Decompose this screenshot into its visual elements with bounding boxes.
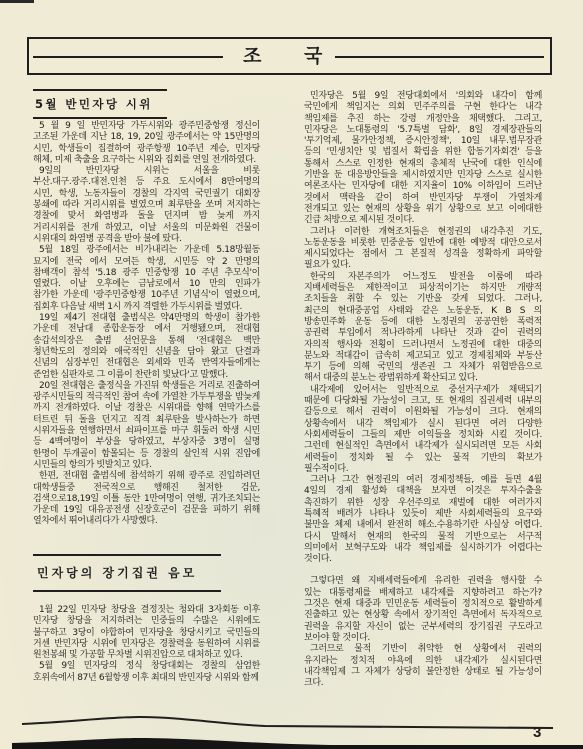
text-line: 가운데 19일 대유공전생 신장호군이 검문을 피하기 위해	[33, 505, 260, 516]
text-line: 사회세력들이 그들의 제반 이익들을 정치화 시킬 것이다.	[304, 430, 542, 441]
text-line: 있는 대통령제를 배제하고 내각제를 지향하려고 하는가?	[304, 588, 542, 599]
section-heading-long-term-rule: 민자당의 장기집권 음모	[33, 554, 221, 592]
text-line: 전개되고 있는 현재의 상황을 위기 상황으로 보고 이에대한	[304, 204, 542, 215]
text-line: 참배객이 참석 '5.18 광주 민중항쟁 10 주년 추모식'이	[33, 268, 260, 279]
text-line: 책임제를 추진 하는 강령 개정안을 채택했다. 그리고,	[304, 114, 542, 125]
text-line: 그것은 현재 대중과 민민운동 세력들이 정치적으로 활발하게	[304, 599, 542, 610]
text-line: 분노와 적대감이 급속히 제고되고 있고 경제침체와 부동산	[304, 351, 542, 362]
text-line: 거센 반민자당 시위에 민자당은 경찰력을 동원하여 시위를	[33, 639, 260, 650]
text-line: 그렇다면 왜 지배세력들에게 유리한 권력을 행사할 수	[304, 576, 542, 587]
text-line: 민자당 창당을 저지하려는 민중들의 수많은 시위에도	[33, 616, 260, 627]
text-line: 5월 18일 광주에서는 비가내리는 가운데 5.18망월동	[33, 245, 260, 256]
text-line: 시민, 학생들이 집결하여 광주항쟁 10주년 계승, 민자당	[33, 144, 260, 155]
masthead-title: 조 국	[243, 44, 340, 68]
text-line: 특혜적 배려가 나타나 있듯이 제반 사회세력들의 요구와	[304, 509, 542, 520]
footer-decoration	[0, 700, 583, 749]
text-line: 자의적 행사와 전횡이 드러나면서 노정권에 대한 대중의	[304, 340, 542, 351]
article-body-right: 민자당은 5월 9일 전당대회에서 '의회와 내각이 함께국민에게 책임지는 의…	[304, 91, 542, 689]
text-line: 긴급 처방으로 제시된 것이다.	[304, 215, 542, 226]
text-line: 것이다.	[304, 554, 542, 565]
text-line: 신념의 심장부인 전대협은 외세와 민족 반역자들에게는	[33, 358, 260, 369]
section-heading-may-protest: 5월 반민자당 시위	[33, 89, 167, 119]
paragraph: 민자당은 5월 9일 전당대회에서 '의회와 내각이 함께국민에게 책임지는 의…	[304, 91, 542, 227]
text-line: 내각제에 있어서는 일반적으로 중선거구제가 채택되기	[304, 385, 542, 396]
text-line: 검색으로18,19일 이틀 동안 1만여명이 연행, 귀가조치되는	[33, 494, 260, 505]
text-line: 까지 전개하였다. 이날 경찰은 시위대를 향해 연막가스를	[33, 403, 260, 414]
paragraph: 그러므로 물적 기반이 취약한 현 상황에서 권력의유지라는 정치적 야욕에 의…	[304, 644, 542, 689]
footer-rule	[22, 717, 553, 728]
text-line: 필수적이다.	[304, 464, 542, 475]
text-line: 집회후 다음날 새벽 1시 까지 격렬한 가두시위를 벌였다.	[33, 302, 260, 313]
masthead-rule-left	[33, 56, 223, 58]
text-line: 터트린 뒤 돌을 던지고 직격 최루탄을 발사하는가 하면	[33, 415, 260, 426]
text-line: 송갑석의장은 출범 선언문을 통해 '전대협은 백만	[33, 336, 260, 347]
text-line: 필요가 있다.	[304, 260, 542, 271]
text-line: 불구하고 3당이 야합하여 민자당을 창당시키고 국민들의	[33, 628, 260, 639]
text-line: 그러나 이러한 개혁조치들은 현정권의 내각추진 기도,	[304, 227, 542, 238]
text-line: 다시 말해서 현재의 한국의 물적 기반으로는 서구적	[304, 532, 542, 543]
text-line: 최근의 현대중공업 사태와 같은 노동운동, K B S 의	[304, 306, 542, 317]
text-line: 열렸다. 이날 오후에는 금남로에서 10 만의 인파가	[33, 279, 260, 290]
paragraph: 한국의 자본주의가 어느정도 발전을 이룸에 따라지배세력들은 제한적이고 피상…	[304, 272, 542, 385]
text-line: 경찰에 맞서 화염병과 돌을 던지며 밤 늦게 까지	[33, 211, 260, 222]
text-line: 그러나 그간 현정권의 여러 경제정책들, 예를 들면 4월	[304, 475, 542, 486]
text-line: 한명이 두개골이 함몰되는 등 경찰의 살인적 시위 진압에	[33, 449, 260, 460]
text-line: 진출하고 있는 현상황 속에서 장기적인 측면에서 독자적으로	[304, 610, 542, 621]
text-line: 조치들을 취할 수 있는 기반을 갖게 되었다. 그러나,	[304, 294, 542, 305]
text-line: 공권력 투입에서 적나라하게 나타난 것과 같이 권력의	[304, 328, 542, 339]
text-line: '투기억제, 물가안정책, 증시안정책', 10일 내무.법무장관	[304, 136, 542, 147]
paragraph: 그렇다면 왜 지배세력들에게 유리한 권력을 행사할 수있는 대통령제를 배제하…	[304, 576, 542, 644]
text-line: 열차에서 뛰어내리다가 사망했다.	[33, 516, 260, 527]
scan-edge-mark	[0, 0, 34, 3]
text-line: 제시되었다는 점에서 그 본질적 성격을 정확하게 파악할	[304, 249, 542, 260]
paragraph: 5월 18일 광주에서는 비가내리는 가운데 5.18망월동묘지에 전국 에서 …	[33, 245, 260, 313]
text-line: 19일 제4기 전대협 출범식은 약4만명의 학생이 참가한	[33, 313, 260, 324]
text-line: 여론조사는 민자당에 대한 지지율이 10% 이하임이 드러난	[304, 181, 542, 192]
text-line: 5 월 9 일 반민자당 가두시위와 광주민중항쟁 정신이	[33, 121, 260, 132]
text-line: 대학생들중 전국적으로 행해진 철저한 검문,	[33, 483, 260, 494]
text-line: 시위대의 화염병 공격을 받아 불에 탔다.	[33, 234, 260, 245]
text-line: 5월 9일 민자당의 정식 창당대회는 경찰의 삼엄한	[33, 661, 260, 672]
masthead-box: 조 국	[27, 37, 552, 75]
text-line: 상황속에서 내각 책임제가 실시 된다면 여러 다양한	[304, 419, 542, 430]
paragraph: 그러나 그간 현정권의 여러 경제정책들, 예를 들면 4월4일의 경제 활성화…	[304, 475, 542, 565]
text-line: 시민들의 항의가 빗발치고 있다.	[33, 460, 260, 471]
text-line: 시위자들을 연행하면서 쇠파이프를 마구 휘둘러 학생 시민	[33, 426, 260, 437]
text-line: 4일의 경제 활성화 대책을 보자면 이것은 투자수출을	[304, 486, 542, 497]
article-body-may-protest: 5 월 9 일 반민자당 가두시위와 광주민중항쟁 정신이고조된 가운데 지난 …	[33, 121, 260, 528]
paragraph: 5 월 9 일 반민자당 가두시위와 광주민중항쟁 정신이고조된 가운데 지난 …	[33, 121, 260, 166]
text-line: 것에서 맥락을 같이 하여 반민자당 투쟁이 가열차게	[304, 193, 542, 204]
masthead-rule-right	[335, 56, 544, 58]
text-line: 해서 대중의 분노는 광범위하게 확산되고 있다.	[304, 373, 542, 384]
text-line: 9일의 반민자당 시위는 서울을 비롯	[33, 166, 260, 177]
text-line: 거리시위를 전개 하였고, 이날 서울의 미문화원 건물이	[33, 223, 260, 234]
article-body-long-term-rule: 1월 22일 민자당 창당을 결정짓는 청와대 3자회동 이후민자당 창당을 저…	[33, 605, 260, 684]
section-heading-text: 민자당의 장기집권 음모	[37, 566, 197, 580]
text-line: 민자당은 노대통령의 '5.7특별 담화', 8일 경제장관들의	[304, 125, 542, 136]
paragraph: 내각제에 있어서는 일반적으로 중선거구제가 채택되기때문에 다당화될 가능성이…	[304, 385, 542, 475]
paragraph: 19일 제4기 전대협 출범식은 약4만명의 학생이 참가한가운데 전남대 종합…	[33, 313, 260, 381]
text-line: 기반을 둔 대응방안들을 제시하였지만 민자당 스스로 실시한	[304, 170, 542, 181]
page-number: 3	[533, 724, 541, 741]
text-line: 세력들이 정치화 될 수 있는 물적 기반의 확보가	[304, 453, 542, 464]
text-line: 봉쇄에 따라 거리시위를 벌였으며 최루탄을 쏘며 저지하는	[33, 200, 260, 211]
text-line: 묘지에 전국 에서 모여든 학생, 시민등 약 2 만명의	[33, 257, 260, 268]
text-line: 그러므로 물적 기반이 취약한 현 상황에서 권력의	[304, 644, 542, 655]
text-line: 민자당은 5월 9일 전당대회에서 '의회와 내각이 함께	[304, 91, 542, 102]
text-line: 방송민주화 운동 등에 대한 노정권의 공공연한 폭력적	[304, 317, 542, 328]
paragraph: 5월 9일 민자당의 정식 창당대회는 경찰의 삼엄한호위속에서 87년 6월항…	[33, 661, 260, 684]
paragraph: 20일 전대협은 출정식을 가진뒤 학생들은 거리로 진출하여광주시민들의 적극…	[33, 381, 260, 471]
text-line: 크다.	[304, 678, 542, 689]
text-line: 가운데 전남대 종합운동장 에서 거행됐으며, 전대협	[33, 324, 260, 335]
text-line: 준엄한 심판자로 그 이름이 찬란히 빛났다'고 말했다.	[33, 370, 260, 381]
text-line: 때문에 다당화될 가능성이 크고, 또 현재의 집권세력 내부의	[304, 396, 542, 407]
text-line: 의미에서 보혁구도와 내각 책임제를 실시하기가 어렵다는	[304, 543, 542, 554]
text-line: 참가한 가운데 '광주민중항쟁 10주년 기념식'이 열렸으며,	[33, 290, 260, 301]
text-line: 유지라는 정치적 야욕에 의한 내각제가 실시된다면	[304, 656, 542, 667]
text-line: 1월 22일 민자당 창당을 결정짓는 청와대 3자회동 이후	[33, 605, 260, 616]
text-line: 부산.대구.광주.대전.인천 등 주요 도시에서 8만여명의	[33, 177, 260, 188]
text-line: 지배세력들은 제한적이고 피상적이기는 하지만 개량적	[304, 283, 542, 294]
text-line: 고조된 가운데 지난 18, 19, 20일 광주에서는 약 15만명의	[33, 132, 260, 143]
text-line: 갈등으로 해서 권력이 이원화될 가능성이 크다. 현재의	[304, 407, 542, 418]
text-line: 내각책임제 그 자체가 상당히 불안정한 상태로 될 가능성이	[304, 667, 542, 678]
text-line: 국민에게 책임지는 의회 민주주의를 구현 한다'는 내각	[304, 102, 542, 113]
scan-bottom-edge	[12, 738, 583, 749]
paragraph: 9일의 반민자당 시위는 서울을 비롯부산.대구.광주.대전.인천 등 주요 도…	[33, 166, 260, 245]
text-line: 통해서 스스로 인정한 현재의 총체적 난국에 대한 인식에	[304, 159, 542, 170]
text-line: 등 4백여명이 부상을 당하였고, 부상자중 3명이 실명	[33, 437, 260, 448]
text-line: 한국의 자본주의가 어느정도 발전을 이룸에 따라	[304, 272, 542, 283]
paragraph: 1월 22일 민자당 창당을 결정짓는 청와대 3자회동 이후민자당 창당을 저…	[33, 605, 260, 661]
text-line: 노동운동을 비롯한 민중운동 일반에 대한 예방적 대안으로서	[304, 238, 542, 249]
paragraph: 그러나 이러한 개혁조치들은 현정권의 내각추진 기도,노동운동을 비롯한 민중…	[304, 227, 542, 272]
text-line: 청년학도의 정의와 애국적인 신념을 담아 왔고 단결과	[33, 347, 260, 358]
text-line: 해체, 미제 축출을 요구하는 시위와 집회를 연일 전개하였다.	[33, 155, 260, 166]
text-line: 광주시민들의 적극적인 참여 속에 가열찬 가두투쟁을 밤늦게	[33, 392, 260, 403]
text-line: 보아야 할 것이다.	[304, 633, 542, 644]
paragraph: 한편, 전대협 출범식에 참석하기 위해 광주로 진입하려던대학생들중 전국적으…	[33, 471, 260, 527]
text-line: 불만을 체제 내에서 완전히 해소.수용하기란 사실상 어렵다.	[304, 520, 542, 531]
text-line: 투기 등에 의해 국민의 생존권 그 자체가 위협받음으로	[304, 362, 542, 373]
text-line: 시민, 학생, 노동자들이 경찰의 각지역 국민궐기 대회장	[33, 189, 260, 200]
text-line: 촉진하기 위한 성장 우선주의로 재벌에 대한 여러가지	[304, 498, 542, 509]
text-line: 그런데 현실적인 측면에서 내각제가 실시되려면 모든 사회	[304, 441, 542, 452]
text-line: 한편, 전대협 출범식에 참석하기 위해 광주로 진입하려던	[33, 471, 260, 482]
text-line: 20일 전대협은 출정식을 가진뒤 학생들은 거리로 진출하여	[33, 381, 260, 392]
text-line: 등의 '민생치안 및 법질서 확립을 위한 합동기자회견' 등을	[304, 147, 542, 158]
text-line: 원천봉쇄 및 가공할 무차별 시위진압으로 대처하고 있다.	[33, 650, 260, 661]
section-heading-text: 5월 반민자당 시위	[35, 97, 153, 111]
text-line: 호위속에서 87년 6월항쟁 이후 최대의 반민자당 시위와 함께	[33, 673, 260, 684]
text-line: 권력을 유지할 자신이 없는 군부세력의 장기집권 구도라고	[304, 622, 542, 633]
